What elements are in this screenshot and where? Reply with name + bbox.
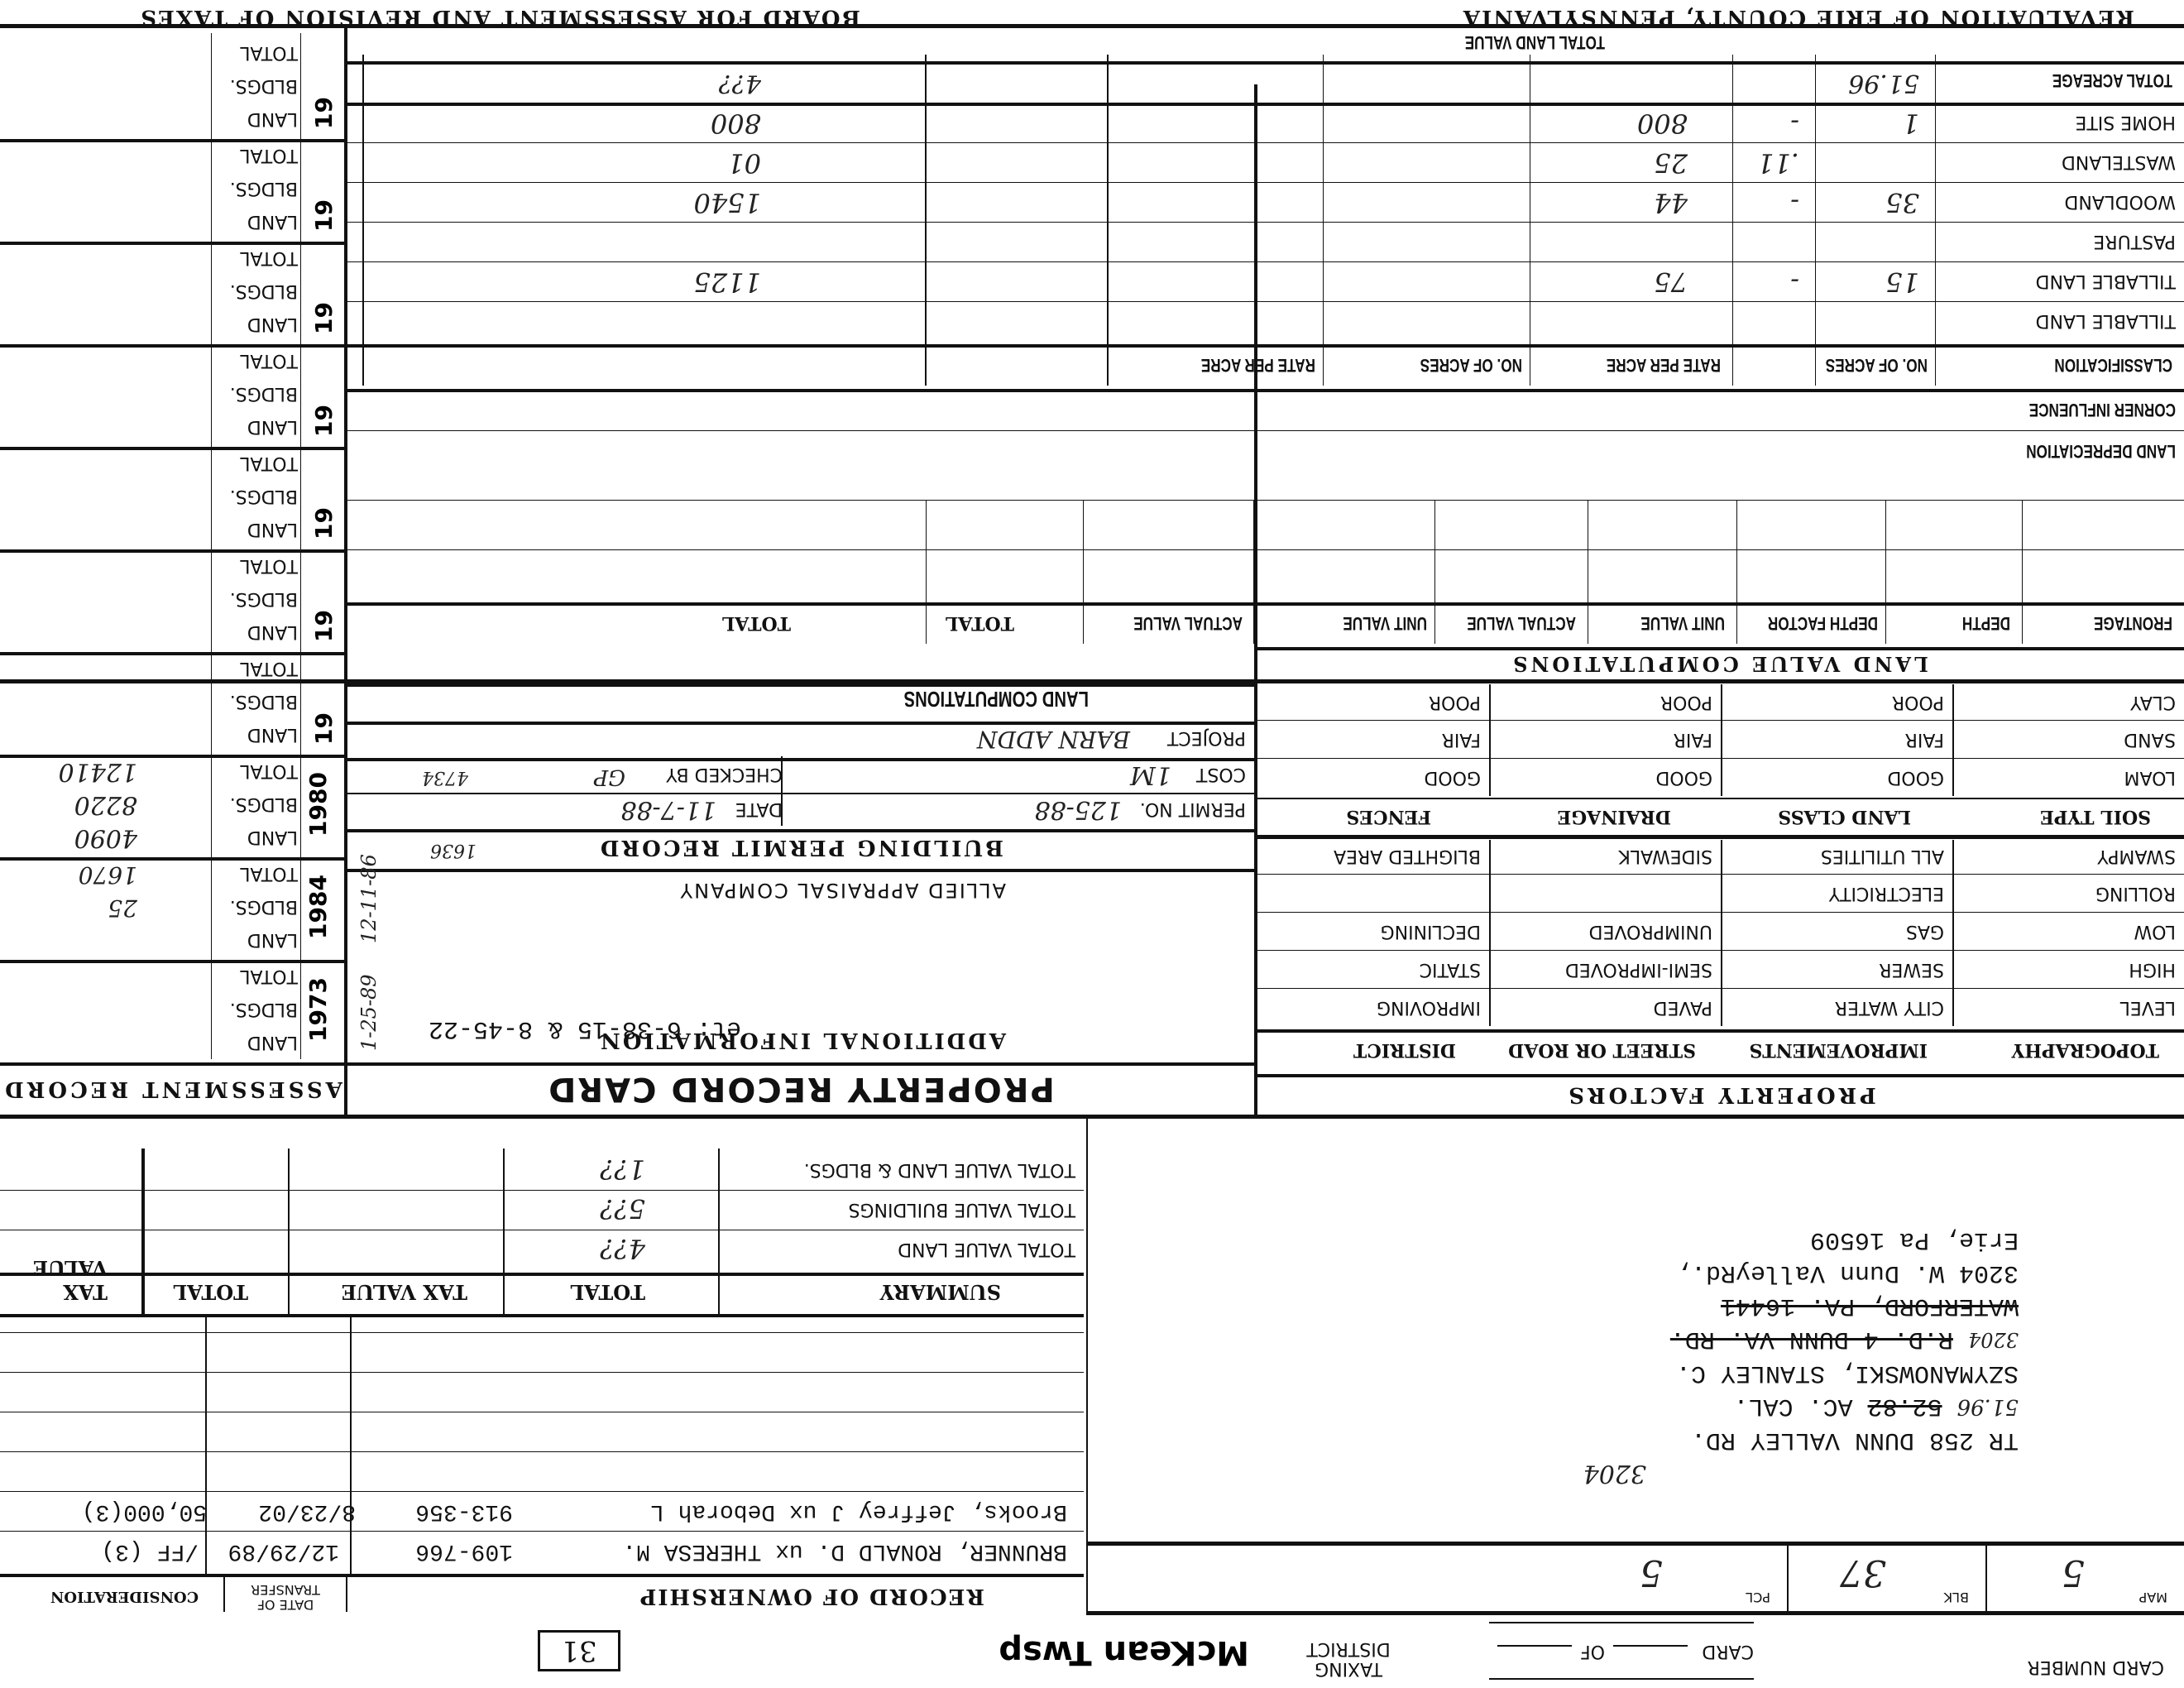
summary-row: TOTAL VALUE LAND & BLDGS. 1??	[0, 1150, 1084, 1190]
checkbox-level[interactable]: LEVEL	[1954, 988, 2184, 1026]
land-class-header: LAND CLASS	[1778, 806, 1911, 827]
checkbox-declining[interactable]: DECLINING	[1257, 912, 1489, 950]
classification-label: HOME SITE	[2075, 112, 2176, 132]
box-number-value: 31	[540, 1633, 618, 1669]
corner-influence-row: CORNER INFLUENCE	[347, 389, 2184, 430]
bldgs-label: BLDGS.	[230, 486, 298, 506]
summary-land-total: 4??	[600, 1233, 645, 1264]
parcel-id-row: MAP 5 BLK 37 PCL 5	[1088, 1546, 2184, 1612]
total-acreage-value: 51.96	[1848, 69, 1919, 98]
blk-value: 37	[1840, 1551, 1886, 1594]
land-label: LAND	[247, 416, 298, 437]
depth-factor-header: DEPTH FACTOR	[1768, 612, 1878, 634]
assessment-blocks: 1973 LAND BLDGS. TOTAL 1984 LAND BLDGS. …	[0, 25, 344, 1059]
total-value: 1125	[694, 266, 761, 298]
land-label: LAND	[247, 929, 298, 950]
building-permit-title-bar: BUILDING PERMIT RECORD 1636	[347, 829, 1254, 866]
blank-cell	[1491, 874, 1721, 912]
blk-cell: BLK 37	[1787, 1546, 1985, 1612]
classification-header: CLASSIFICATION	[2054, 354, 2172, 376]
card-number-label: CARD NUMBER	[2028, 1657, 2164, 1676]
assessment-year-prefix: 19	[310, 712, 338, 745]
ownership-header: RECORD OF OWNERSHIP DATE OF TRANSFER CON…	[0, 1574, 1084, 1615]
permit-row-3: PROJECT BARN ADDN	[347, 722, 1254, 755]
total-header-2: TOTAL	[722, 612, 791, 634]
acreage-struck: 52.82	[1868, 1392, 1942, 1420]
classification-label: PASTURE	[2093, 231, 2176, 252]
checkbox-blighted-area[interactable]: BLIGHTED AREA	[1257, 837, 1489, 874]
blank-cell	[1257, 874, 1489, 912]
consideration-1: /FF (3)	[101, 1538, 199, 1564]
permit-row-1: PERMIT NO. 125-88 DATE 11-7-88	[347, 793, 1254, 826]
assessment-year: 1980	[304, 755, 338, 854]
property-factors-title: PROPERTY FACTORS	[1257, 1074, 2184, 1115]
summary-grand-total: 1??	[600, 1153, 645, 1185]
land-value-computations-title: LAND VALUE COMPUTATIONS	[1254, 647, 2184, 680]
consideration-2: 50,000(3)	[82, 1499, 207, 1524]
old-address-prefix: 3204	[1968, 1328, 2019, 1351]
ownership-row-empty	[0, 1372, 1084, 1412]
checkbox-drainage-poor[interactable]: POOR	[1491, 683, 1721, 720]
assessment-year-prefix: 19	[310, 97, 338, 129]
new-address: 3204 W. Dunn ValleyRd.,	[1191, 1256, 2019, 1289]
transfer-date-1: 12/29/89	[228, 1538, 339, 1564]
old-address-line: 3204 R.D. 4 DUNN VA. RD.	[1191, 1322, 2019, 1356]
map-cell: MAP 5	[1985, 1546, 2184, 1612]
new-city: Erie, Pa 16509	[1191, 1223, 2019, 1256]
land-class-column: GOOD FAIR POOR	[1721, 684, 1952, 796]
checkbox-paved[interactable]: PAVED	[1491, 988, 1721, 1026]
assessment-block: 1973 LAND BLDGS. TOTAL	[0, 960, 344, 1059]
acres-value: 35	[1885, 187, 1919, 218]
soil-type-column: LOAM SAND CLAY	[1952, 684, 2184, 796]
acres-fraction: .11	[1757, 147, 1799, 179]
summary-header-label: SUMMARY	[880, 1280, 1001, 1304]
land-table-row: PASTURE	[347, 222, 2184, 261]
land-label: LAND	[247, 827, 298, 847]
assessment-block: 1984 LAND BLDGS. TOTAL 25 1670	[0, 857, 344, 957]
land-table-body: TILLABLE LAND TILLABLE LAND 15 - 75 1125…	[347, 93, 2184, 341]
checkbox-semi-improved[interactable]: SEMI-IMPROVED	[1491, 950, 1721, 988]
checkbox-rolling[interactable]: ROLLING	[1954, 874, 2184, 912]
old-address: R.D. 4 DUNN VA. RD.	[1670, 1325, 1953, 1353]
assessment-record-title: ASSESSMENT RECORD	[0, 1062, 344, 1115]
card-of-label: CARD	[1702, 1641, 1754, 1662]
acres-value: 1	[1903, 108, 1919, 139]
land-value-computations-title-bar: LAND VALUE COMPUTATIONS	[1254, 647, 2184, 680]
assessment-handwritten-date-2: 12-11-86	[357, 854, 381, 943]
permit-row-2: COST 1M CHECKED BY GP 4734	[347, 758, 1254, 791]
bldgs-label: BLDGS.	[230, 691, 298, 712]
header-left-title: REVALUATION OF ERIE COUNTY, PENNSYLVANIA	[1462, 5, 2134, 30]
checkbox-improving[interactable]: IMPROVING	[1257, 988, 1489, 1026]
bldgs-label: BLDGS.	[230, 588, 298, 609]
building-permit-title: BUILDING PERMIT RECORD	[347, 829, 1254, 866]
actual-value-header-2: ACTUAL VALUE	[1133, 612, 1243, 634]
land-table-row: WOODLAND 35 - 44 1540	[347, 182, 2184, 222]
summary-row-label: TOTAL VALUE BUILDINGS	[849, 1199, 1075, 1220]
bldgs-label: BLDGS.	[230, 281, 298, 301]
street-road-column: PAVED SEMI-IMPROVED UNIMPROVED SIDEWALK	[1489, 840, 1721, 1026]
land-label: LAND	[247, 724, 298, 745]
total-land-value-label: TOTAL LAND VALUE	[1465, 31, 1605, 53]
land-table-row: TILLABLE LAND 15 - 75 1125	[347, 261, 2184, 301]
checkbox-fences-good[interactable]: GOOD	[1257, 758, 1489, 796]
property-factors-title-bar: PROPERTY FACTORS	[1257, 1074, 2184, 1115]
land-label: LAND	[247, 314, 298, 334]
checkbox-land-poor[interactable]: POOR	[1722, 683, 1952, 720]
acres-fraction: -	[1790, 108, 1799, 139]
land-computations-title-bar: LAND COMPUTATIONS	[347, 683, 1254, 718]
acreage-line: 51.96 52.82 AC. CAL.	[1191, 1389, 2019, 1423]
pcl-value: 5	[1640, 1551, 1663, 1594]
permit-side-note-2: 4734	[422, 767, 468, 788]
street-road-header: STREET OR ROAD	[1508, 1039, 1696, 1061]
permit-date-label: DATE	[735, 798, 783, 819]
actual-value-header: ACTUAL VALUE	[1467, 612, 1576, 634]
old-city: WATERFORD, PA. 16441	[1191, 1289, 2019, 1322]
cost-value: 1M	[1130, 760, 1171, 789]
total-label: TOTAL	[240, 760, 298, 781]
date-of-transfer-header: DATE OF TRANSFER	[223, 1575, 347, 1612]
total-value: 1540	[694, 187, 761, 218]
acres-header-2: NO. OF ACRES	[1420, 354, 1522, 376]
card-title: PROPERTY RECORD CARD	[347, 1062, 1254, 1115]
card-index-blank	[1613, 1645, 1688, 1647]
assessment-block: 19 LAND BLDGS. TOTAL	[0, 139, 344, 238]
summary-total-header-2: TOTAL	[173, 1280, 248, 1304]
rate-value: 800	[1637, 108, 1688, 139]
house-number: 3204	[1191, 1456, 2019, 1489]
owner-name-1: BRUNNER, RONALD D. ux THERESA M.	[622, 1538, 1067, 1564]
card-total-blank	[1497, 1645, 1572, 1647]
additional-info-section: ADDITIONAL INFORMATION et: 6-38-15 & 8-4…	[347, 869, 1254, 1059]
assessment-record-title-bar: ASSESSMENT RECORD	[0, 1062, 344, 1115]
bldgs-label: BLDGS.	[230, 383, 298, 404]
property-record-card: CARD NUMBER CARD OF TAXING DISTRICT McKe…	[0, 0, 2184, 1688]
checkbox-sidewalk[interactable]: SIDEWALK	[1491, 837, 1721, 874]
rate-value: 44	[1654, 187, 1688, 218]
depth-header: DEPTH	[1962, 612, 2010, 634]
deed-book-1: 109-766	[415, 1538, 513, 1564]
land-depreciation-label: LAND DEPRECIATION	[2026, 440, 2176, 462]
property-factors-grid: LEVEL HIGH LOW ROLLING SWAMPY CITY WATER…	[1257, 840, 2184, 1026]
land-table-headers-2	[347, 344, 1109, 386]
transfer-date-2: 8/23/02	[258, 1499, 356, 1524]
rate-header-2: RATE PER ACRE	[1201, 354, 1315, 376]
acres-value: 15	[1885, 266, 1919, 298]
total-label: TOTAL	[240, 966, 298, 986]
total-land-value-row: TOTAL LAND VALUE	[347, 28, 2184, 58]
fences-header: FENCES	[1346, 806, 1431, 827]
land-label: LAND	[247, 108, 298, 129]
project-value: BARN ADDN	[977, 726, 1130, 753]
land-value-computations-headers-2: ACTUAL VALUE TOTAL TOTAL	[347, 602, 1254, 644]
checkbox-land-fair[interactable]: FAIR	[1722, 720, 1952, 758]
assessment-block: 19 LAND BLDGS. TOTAL	[0, 447, 344, 546]
bldgs-label: BLDGS.	[230, 794, 298, 814]
district-column: IMPROVING STATIC DECLINING BLIGHTED AREA	[1257, 840, 1489, 1026]
land-label: LAND	[247, 519, 298, 539]
frontage-header: FRONTAGE	[2094, 612, 2172, 634]
land-value-computations-headers: FRONTAGE DEPTH DEPTH FACTOR UNIT VALUE A…	[1254, 602, 2184, 644]
classification-label: TILLABLE LAND	[2036, 310, 2176, 331]
soil-grid: LOAM SAND CLAY GOOD FAIR POOR GOOD FAIR …	[1257, 684, 2184, 796]
of-label: OF	[1580, 1641, 1605, 1662]
box-number: 31	[538, 1630, 620, 1671]
total-label: TOTAL	[240, 247, 298, 268]
checkbox-loam[interactable]: LOAM	[1954, 758, 2184, 796]
checkbox-sand[interactable]: SAND	[1954, 720, 2184, 758]
project-label: PROJECT	[1167, 727, 1246, 748]
soil-headers: SOIL TYPE LAND CLASS DRAINAGE FENCES	[1257, 798, 2184, 836]
fences-column: GOOD FAIR POOR	[1257, 684, 1489, 796]
assessment-block: 19 LAND BLDGS. TOTAL	[0, 36, 344, 136]
acreage-suffix: AC. CAL.	[1733, 1392, 1852, 1420]
checkbox-swampy[interactable]: SWAMPY	[1954, 837, 2184, 874]
pcl-label: PCL	[1746, 1590, 1770, 1605]
acres-fraction: -	[1790, 187, 1799, 218]
additional-info-note: et: 6-38-15 & 8-45-22	[429, 1014, 741, 1043]
taxing-district-stamp: McKean Twsp	[999, 1633, 1249, 1671]
checkbox-electricity[interactable]: ELECTRICITY	[1722, 874, 1952, 912]
unit-value-header: UNIT VALUE	[1640, 612, 1725, 634]
assessment-year: 1984	[304, 857, 338, 957]
assessment-bldgs-value: 25	[108, 894, 137, 922]
corner-influence-label: CORNER INFLUENCE	[2029, 399, 2176, 420]
total-acreage-row: TOTAL ACREAGE 51.96 4??	[347, 61, 2184, 99]
soil-type-header: SOIL TYPE	[2040, 806, 2151, 827]
topography-header: TOPOGRAPHY	[2012, 1039, 2159, 1061]
assessment-block: 19 LAND BLDGS. TOTAL	[0, 652, 344, 751]
assessment-block: 1980 LAND BLDGS. TOTAL 4090 8220 12410	[0, 755, 344, 854]
land-table-row: HOME SITE 1 - 800 800	[347, 103, 2184, 142]
topography-column: LEVEL HIGH LOW ROLLING SWAMPY	[1952, 840, 2184, 1026]
assessment-year-prefix: 19	[310, 405, 338, 437]
total-header: TOTAL	[946, 612, 1014, 634]
card-of-box: CARD OF	[1489, 1622, 1754, 1680]
permit-side-note-1: 1636	[430, 840, 477, 861]
classification-label: TILLABLE LAND	[2036, 271, 2176, 291]
summary-row: TOTAL VALUE LAND 4??	[0, 1230, 1084, 1269]
total-label: TOTAL	[240, 145, 298, 165]
summary-bldgs-total: 5??	[600, 1193, 645, 1225]
deed-book-2: 913-356	[415, 1499, 513, 1524]
taxing-district-label: TAXING DISTRICT	[1291, 1638, 1406, 1678]
assessment-total-value: 12410	[59, 757, 137, 786]
assessment-year-prefix: 19	[310, 610, 338, 642]
header-right-title: BOARD FOR ASSESSMENT AND REVISION OF TAX…	[139, 5, 860, 30]
summary-row-label: TOTAL VALUE LAND	[898, 1239, 1075, 1259]
rate-value: 25	[1654, 147, 1688, 179]
total-acreage-label: TOTAL ACREAGE	[2052, 70, 2172, 91]
total-label: TOTAL	[240, 555, 298, 576]
total-label: TOTAL	[240, 350, 298, 371]
checkbox-gas[interactable]: GAS	[1722, 912, 1952, 950]
card-title-bar: PROPERTY RECORD CARD	[347, 1062, 1254, 1115]
assessment-land-value: 4090	[74, 823, 137, 852]
land-table-row: WASTELAND .11 25 01	[347, 142, 2184, 182]
total-land-value-amount: 4??	[719, 69, 761, 98]
land-table-row: TILLABLE LAND	[347, 301, 2184, 341]
acres-header: NO. OF ACRES	[1826, 354, 1928, 376]
checkbox-all-utilities[interactable]: ALL UTILITIES	[1722, 837, 1952, 874]
permit-no-value: 125-88	[1034, 795, 1122, 824]
assessment-handwritten-date-1: 1-25-89	[357, 974, 381, 1051]
total-label: TOTAL	[240, 863, 298, 884]
permit-date-value: 11-7-88	[620, 795, 716, 824]
land-label: LAND	[247, 1032, 298, 1053]
ownership-row-empty	[0, 1451, 1084, 1491]
permit-no-label: PERMIT NO.	[1140, 798, 1246, 819]
card-id-strip: CARD NUMBER CARD OF TAXING DISTRICT McKe…	[0, 1614, 2184, 1688]
district-header: DISTRICT	[1353, 1039, 1456, 1061]
ownership-row: Brooks, Jeffrey J ux Deborah L 913-356 8…	[0, 1491, 1084, 1531]
total-label: TOTAL	[240, 453, 298, 473]
drainage-column: GOOD FAIR POOR	[1489, 684, 1721, 796]
checkbox-static[interactable]: STATIC	[1257, 950, 1489, 988]
land-value-computation-rows	[347, 500, 2184, 599]
bldgs-label: BLDGS.	[230, 178, 298, 199]
checkbox-unimproved[interactable]: UNIMPROVED	[1491, 912, 1721, 950]
land-depreciation-row: LAND DEPRECIATION	[347, 430, 2184, 472]
total-value: 800	[711, 108, 761, 139]
summary-table: SUMMARY TOTAL TAX VALUE TOTAL TAX VALUE …	[0, 1152, 1084, 1317]
summary-tax-header: TAX VALUE	[342, 1280, 467, 1304]
checkbox-sewer[interactable]: SEWER	[1722, 950, 1952, 988]
checkbox-city-water[interactable]: CITY WATER	[1722, 988, 1952, 1026]
ownership-section: RECORD OF OWNERSHIP DATE OF TRANSFER CON…	[0, 1152, 1084, 1615]
ownership-row: BRUNNER, RONALD D. ux THERESA M. 109-766…	[0, 1531, 1084, 1571]
checkbox-fences-fair[interactable]: FAIR	[1257, 720, 1489, 758]
assessment-year-prefix: 19	[310, 507, 338, 539]
land-label: LAND	[247, 621, 298, 642]
total-label: TOTAL	[240, 658, 298, 679]
assessment-year-prefix: 19	[310, 302, 338, 334]
checkbox-fences-poor[interactable]: POOR	[1257, 683, 1489, 720]
improvements-header: IMPROVEMENTS	[1749, 1039, 1928, 1061]
summary-row-label: TOTAL VALUE LAND & BLDGS.	[804, 1159, 1075, 1180]
consideration-header: CONSIDERATION	[50, 1588, 199, 1605]
property-location: TR 258 DUNN VALLEY RD.	[1191, 1423, 2019, 1456]
rate-value: 75	[1654, 266, 1688, 298]
owner-name: SZYMANOWSKI, STANLEY C.	[1191, 1356, 2019, 1389]
ownership-title: RECORD OF OWNERSHIP	[639, 1584, 984, 1609]
map-value: 5	[2062, 1551, 2085, 1594]
assessment-block: 19 LAND BLDGS. TOTAL	[0, 344, 344, 444]
bldgs-label: BLDGS.	[230, 999, 298, 1019]
checkbox-drainage-fair[interactable]: FAIR	[1491, 720, 1721, 758]
property-description: 3204 TR 258 DUNN VALLEY RD. 51.96 52.82 …	[1191, 1223, 2019, 1489]
checkbox-drainage-good[interactable]: GOOD	[1491, 758, 1721, 796]
improvements-column: CITY WATER SEWER GAS ELECTRICITY ALL UTI…	[1721, 840, 1952, 1026]
unit-value-header-2: UNIT VALUE	[1343, 612, 1427, 634]
appraisal-company: ALLIED APPRAISAL COMPANY	[679, 879, 1007, 902]
assessment-block: 19 LAND BLDGS. TOTAL	[0, 549, 344, 649]
bldgs-label: BLDGS.	[230, 75, 298, 96]
classification-label: WOODLAND	[2064, 191, 2176, 212]
land-label: LAND	[247, 211, 298, 232]
cost-label: COST	[1196, 764, 1246, 784]
checkbox-high[interactable]: HIGH	[1954, 950, 2184, 988]
bldgs-label: BLDGS.	[230, 896, 298, 917]
pcl-cell: PCL 5	[1291, 1546, 1787, 1612]
ownership-row-empty	[0, 1332, 1084, 1372]
checked-by-label: CHECKED BY	[666, 764, 783, 784]
summary-header: SUMMARY TOTAL TAX VALUE TOTAL TAX VALUE	[0, 1273, 1084, 1314]
acreage-handwritten: 51.96	[1957, 1394, 2019, 1419]
blk-label: BLK	[1944, 1590, 1969, 1605]
checkbox-land-good[interactable]: GOOD	[1722, 758, 1952, 796]
computation-row	[347, 549, 2184, 599]
total-label: TOTAL	[240, 42, 298, 63]
assessment-year: 1973	[304, 960, 338, 1059]
total-value: 01	[727, 147, 761, 179]
assessment-year-prefix: 19	[310, 199, 338, 232]
summary-total-header: TOTAL	[570, 1280, 645, 1304]
summary-row: TOTAL VALUE BUILDINGS 5??	[0, 1190, 1084, 1230]
assessment-total-value: 1670	[79, 861, 137, 889]
acres-fraction: -	[1790, 266, 1799, 298]
owner-name-2: Brooks, Jeffrey J ux Deborah L	[650, 1499, 1067, 1524]
drainage-header: DRAINAGE	[1558, 806, 1671, 827]
ownership-row-empty	[0, 1412, 1084, 1451]
classification-label: WASTELAND	[2062, 151, 2176, 172]
land-computations-title: LAND COMPUTATIONS	[904, 686, 1089, 712]
computation-row	[347, 500, 2184, 549]
checkbox-clay[interactable]: CLAY	[1954, 683, 2184, 720]
assessment-bldgs-value: 8220	[74, 790, 137, 819]
assessment-block: 19 LAND BLDGS. TOTAL	[0, 242, 344, 341]
property-factors-headers: TOPOGRAPHY IMPROVEMENTS STREET OR ROAD D…	[1257, 1029, 2184, 1071]
land-table-headers: CLASSIFICATION NO. OF ACRES RATE PER ACR…	[1109, 344, 2184, 386]
map-label: MAP	[2139, 1590, 2167, 1605]
checked-by-value: GP	[594, 765, 625, 789]
rate-header: RATE PER ACRE	[1607, 354, 1721, 376]
checkbox-low[interactable]: LOW	[1954, 912, 2184, 950]
